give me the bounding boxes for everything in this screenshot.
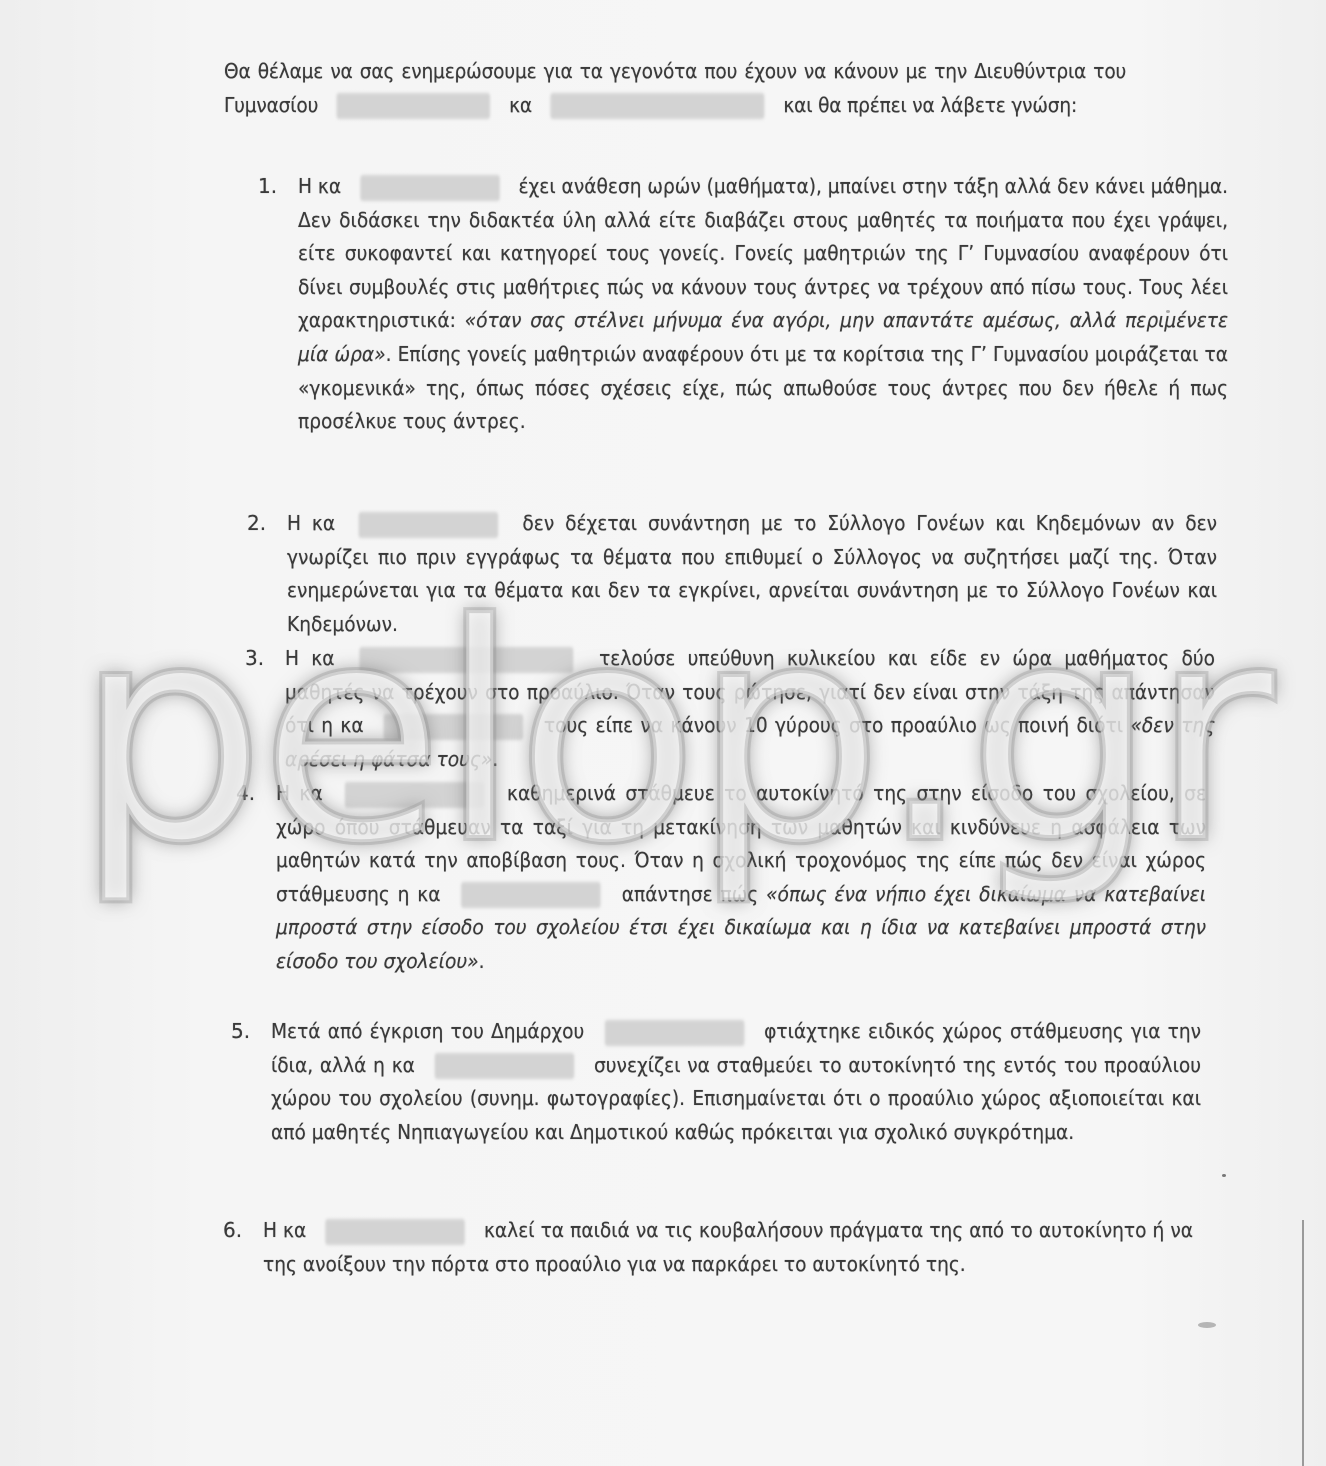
scan-speck	[1222, 1174, 1226, 1177]
redacted-name	[384, 714, 524, 740]
item-prefix: Η κα	[287, 511, 335, 535]
item-prefix: Η κα	[285, 646, 335, 670]
item-number: 5.	[231, 1015, 250, 1049]
redacted-name	[359, 512, 499, 538]
list-item: 1. Η κα έχει ανάθεση ωρών (μαθήματα), μπ…	[298, 170, 1298, 439]
intro-text-2: κα	[509, 93, 532, 117]
redacted-name	[461, 882, 600, 908]
redacted-name	[435, 1053, 575, 1079]
list-item: 2. Η κα δεν δέχεται συνάντηση με το Σύλλ…	[287, 507, 1287, 641]
item-text-continued: απάντησε πώς	[622, 882, 758, 906]
scan-edge-line	[1302, 1220, 1304, 1466]
item-suffix: .	[492, 747, 498, 771]
item-suffix: . Επίσης γονείς μαθητριών αναφέρουν ότι …	[298, 342, 1228, 433]
item-prefix: Μετά από έγκριση του Δημάρχου	[271, 1019, 584, 1043]
item-number: 4.	[236, 777, 255, 811]
item-prefix: Η κα	[298, 174, 341, 198]
intro-text-3: και θα πρέπει να λάβετε γνώση:	[783, 93, 1077, 117]
redacted-name	[360, 175, 500, 201]
scanned-page: Θα θέλαμε να σας ενημερώσουμε για τα γεγ…	[0, 0, 1326, 1466]
scan-speck	[1198, 1322, 1216, 1328]
redacted-school-name	[337, 93, 490, 119]
item-prefix: Η κα	[276, 781, 323, 805]
item-prefix: Η κα	[263, 1218, 306, 1242]
item-number: 6.	[223, 1214, 242, 1248]
redacted-director-name	[551, 93, 765, 119]
redacted-name	[325, 1219, 465, 1245]
redacted-name	[604, 1020, 744, 1046]
item-suffix: .	[479, 949, 485, 973]
item-text-continued: τους είπε να κάνουν 10 γύρους στο προαύλ…	[544, 713, 1123, 737]
item-number: 3.	[245, 642, 264, 676]
list-item: 3. Η κα τελούσε υπεύθυνη κυλικείου και ε…	[285, 642, 1285, 776]
list-item: 6. Η κα καλεί τα παιδιά να τις κουβαλήσο…	[263, 1214, 1263, 1281]
redacted-name	[360, 647, 574, 673]
redacted-name	[345, 782, 485, 808]
item-number: 2.	[247, 507, 266, 541]
list-item: 4. Η κα καθημερινά στάθμευε το αυτοκίνητ…	[276, 777, 1276, 979]
intro-paragraph: Θα θέλαμε να σας ενημερώσουμε για τα γεγ…	[224, 55, 1126, 122]
item-number: 1.	[258, 170, 277, 204]
list-item: 5. Μετά από έγκριση του Δημάρχου φτιάχτη…	[271, 1015, 1271, 1149]
